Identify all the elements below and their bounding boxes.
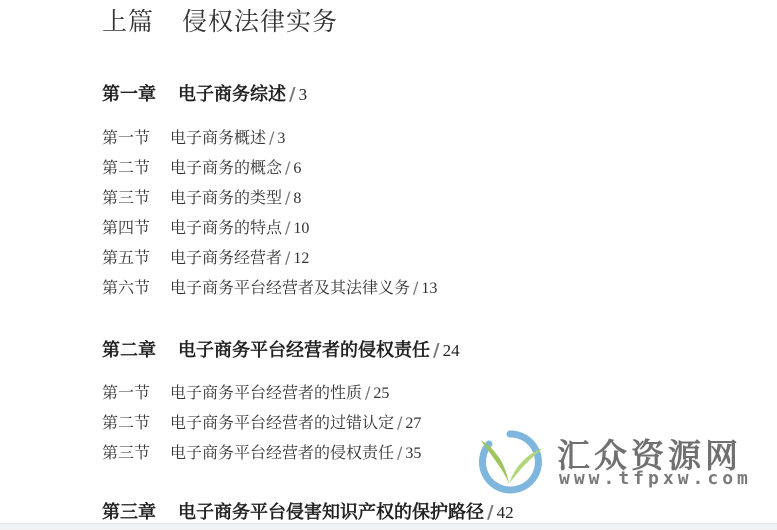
separator: / [413, 278, 418, 297]
toc-chapter-1[interactable]: 第一章电子商务综述/3 [102, 80, 307, 106]
section-page: 13 [421, 280, 437, 297]
separator: / [289, 84, 296, 105]
section-label: 第六节 [102, 278, 150, 297]
section-title: 电子商务经营者 [170, 248, 282, 267]
separator: / [433, 340, 440, 361]
toc-chapter-2[interactable]: 第二章电子商务平台经营者的侵权责任/24 [102, 336, 460, 362]
section-label: 第二节 [102, 158, 150, 177]
chapter-label: 第三章 [102, 502, 156, 523]
section-title: 电子商务平台经营者的性质 [170, 383, 362, 402]
chapter-label: 第一章 [102, 84, 156, 105]
section-label: 第二节 [102, 413, 150, 432]
toc-section[interactable]: 第六节电子商务平台经营者及其法律义务/13 [102, 275, 437, 298]
separator: / [487, 502, 494, 523]
separator: / [285, 158, 290, 177]
section-title: 电子商务的概念 [170, 158, 282, 177]
toc-page: 上篇侵权法律实务 第一章电子商务综述/3 第一节电子商务概述/3 第二节电子商务… [0, 0, 777, 523]
toc-section[interactable]: 第一节电子商务平台经营者的性质/25 [102, 380, 389, 403]
chapter-page: 42 [497, 503, 514, 522]
toc-section[interactable]: 第三节电子商务平台经营者的侵权责任/35 [102, 440, 421, 463]
separator: / [365, 383, 370, 402]
section-page: 12 [293, 250, 309, 267]
separator: / [397, 443, 402, 462]
section-page: 35 [405, 445, 421, 462]
section-label: 第三节 [102, 188, 150, 207]
section-label: 第五节 [102, 248, 150, 267]
section-title: 电子商务平台经营者的过错认定 [170, 413, 394, 432]
chapter-page: 24 [443, 341, 460, 360]
section-page: 25 [373, 385, 389, 402]
section-title: 电子商务的特点 [170, 218, 282, 237]
separator: / [269, 128, 274, 147]
leaf-logo-icon [475, 428, 545, 494]
chapter-page: 3 [299, 85, 308, 104]
section-title: 电子商务平台经营者的侵权责任 [170, 443, 394, 462]
toc-section[interactable]: 第一节电子商务概述/3 [102, 125, 285, 148]
part-title: 侵权法律实务 [182, 7, 338, 36]
section-page: 3 [277, 130, 285, 147]
toc-section[interactable]: 第三节电子商务的类型/8 [102, 185, 301, 208]
toc-section[interactable]: 第二节电子商务平台经营者的过错认定/27 [102, 410, 421, 433]
section-label: 第四节 [102, 218, 150, 237]
part-label: 上篇 [102, 7, 154, 36]
separator: / [285, 188, 290, 207]
separator: / [285, 218, 290, 237]
section-label: 第三节 [102, 443, 150, 462]
section-page: 27 [405, 415, 421, 432]
chapter-title: 电子商务平台经营者的侵权责任 [178, 340, 430, 361]
section-title: 电子商务的类型 [170, 188, 282, 207]
separator: / [397, 413, 402, 432]
part-heading: 上篇侵权法律实务 [102, 2, 338, 38]
toc-section[interactable]: 第二节电子商务的概念/6 [102, 155, 301, 178]
chapter-title: 电子商务综述 [178, 84, 286, 105]
section-page: 10 [293, 220, 309, 237]
section-page: 8 [293, 190, 301, 207]
section-page: 6 [293, 160, 301, 177]
toc-section[interactable]: 第四节电子商务的特点/10 [102, 215, 309, 238]
chapter-title: 电子商务平台侵害知识产权的保护路径 [178, 502, 484, 523]
section-title: 电子商务平台经营者及其法律义务 [170, 278, 410, 297]
separator: / [285, 248, 290, 267]
section-label: 第一节 [102, 128, 150, 147]
chapter-label: 第二章 [102, 340, 156, 361]
section-label: 第一节 [102, 383, 150, 402]
viewer-bottom-bar [0, 523, 777, 530]
toc-section[interactable]: 第五节电子商务经营者/12 [102, 245, 309, 268]
section-title: 电子商务概述 [170, 128, 266, 147]
watermark-url: www.tfpxw.com [559, 468, 752, 489]
watermark: 汇众资源网 www.tfpxw.com [475, 428, 775, 498]
toc-chapter-3[interactable]: 第三章电子商务平台侵害知识产权的保护路径/42 [102, 498, 514, 524]
